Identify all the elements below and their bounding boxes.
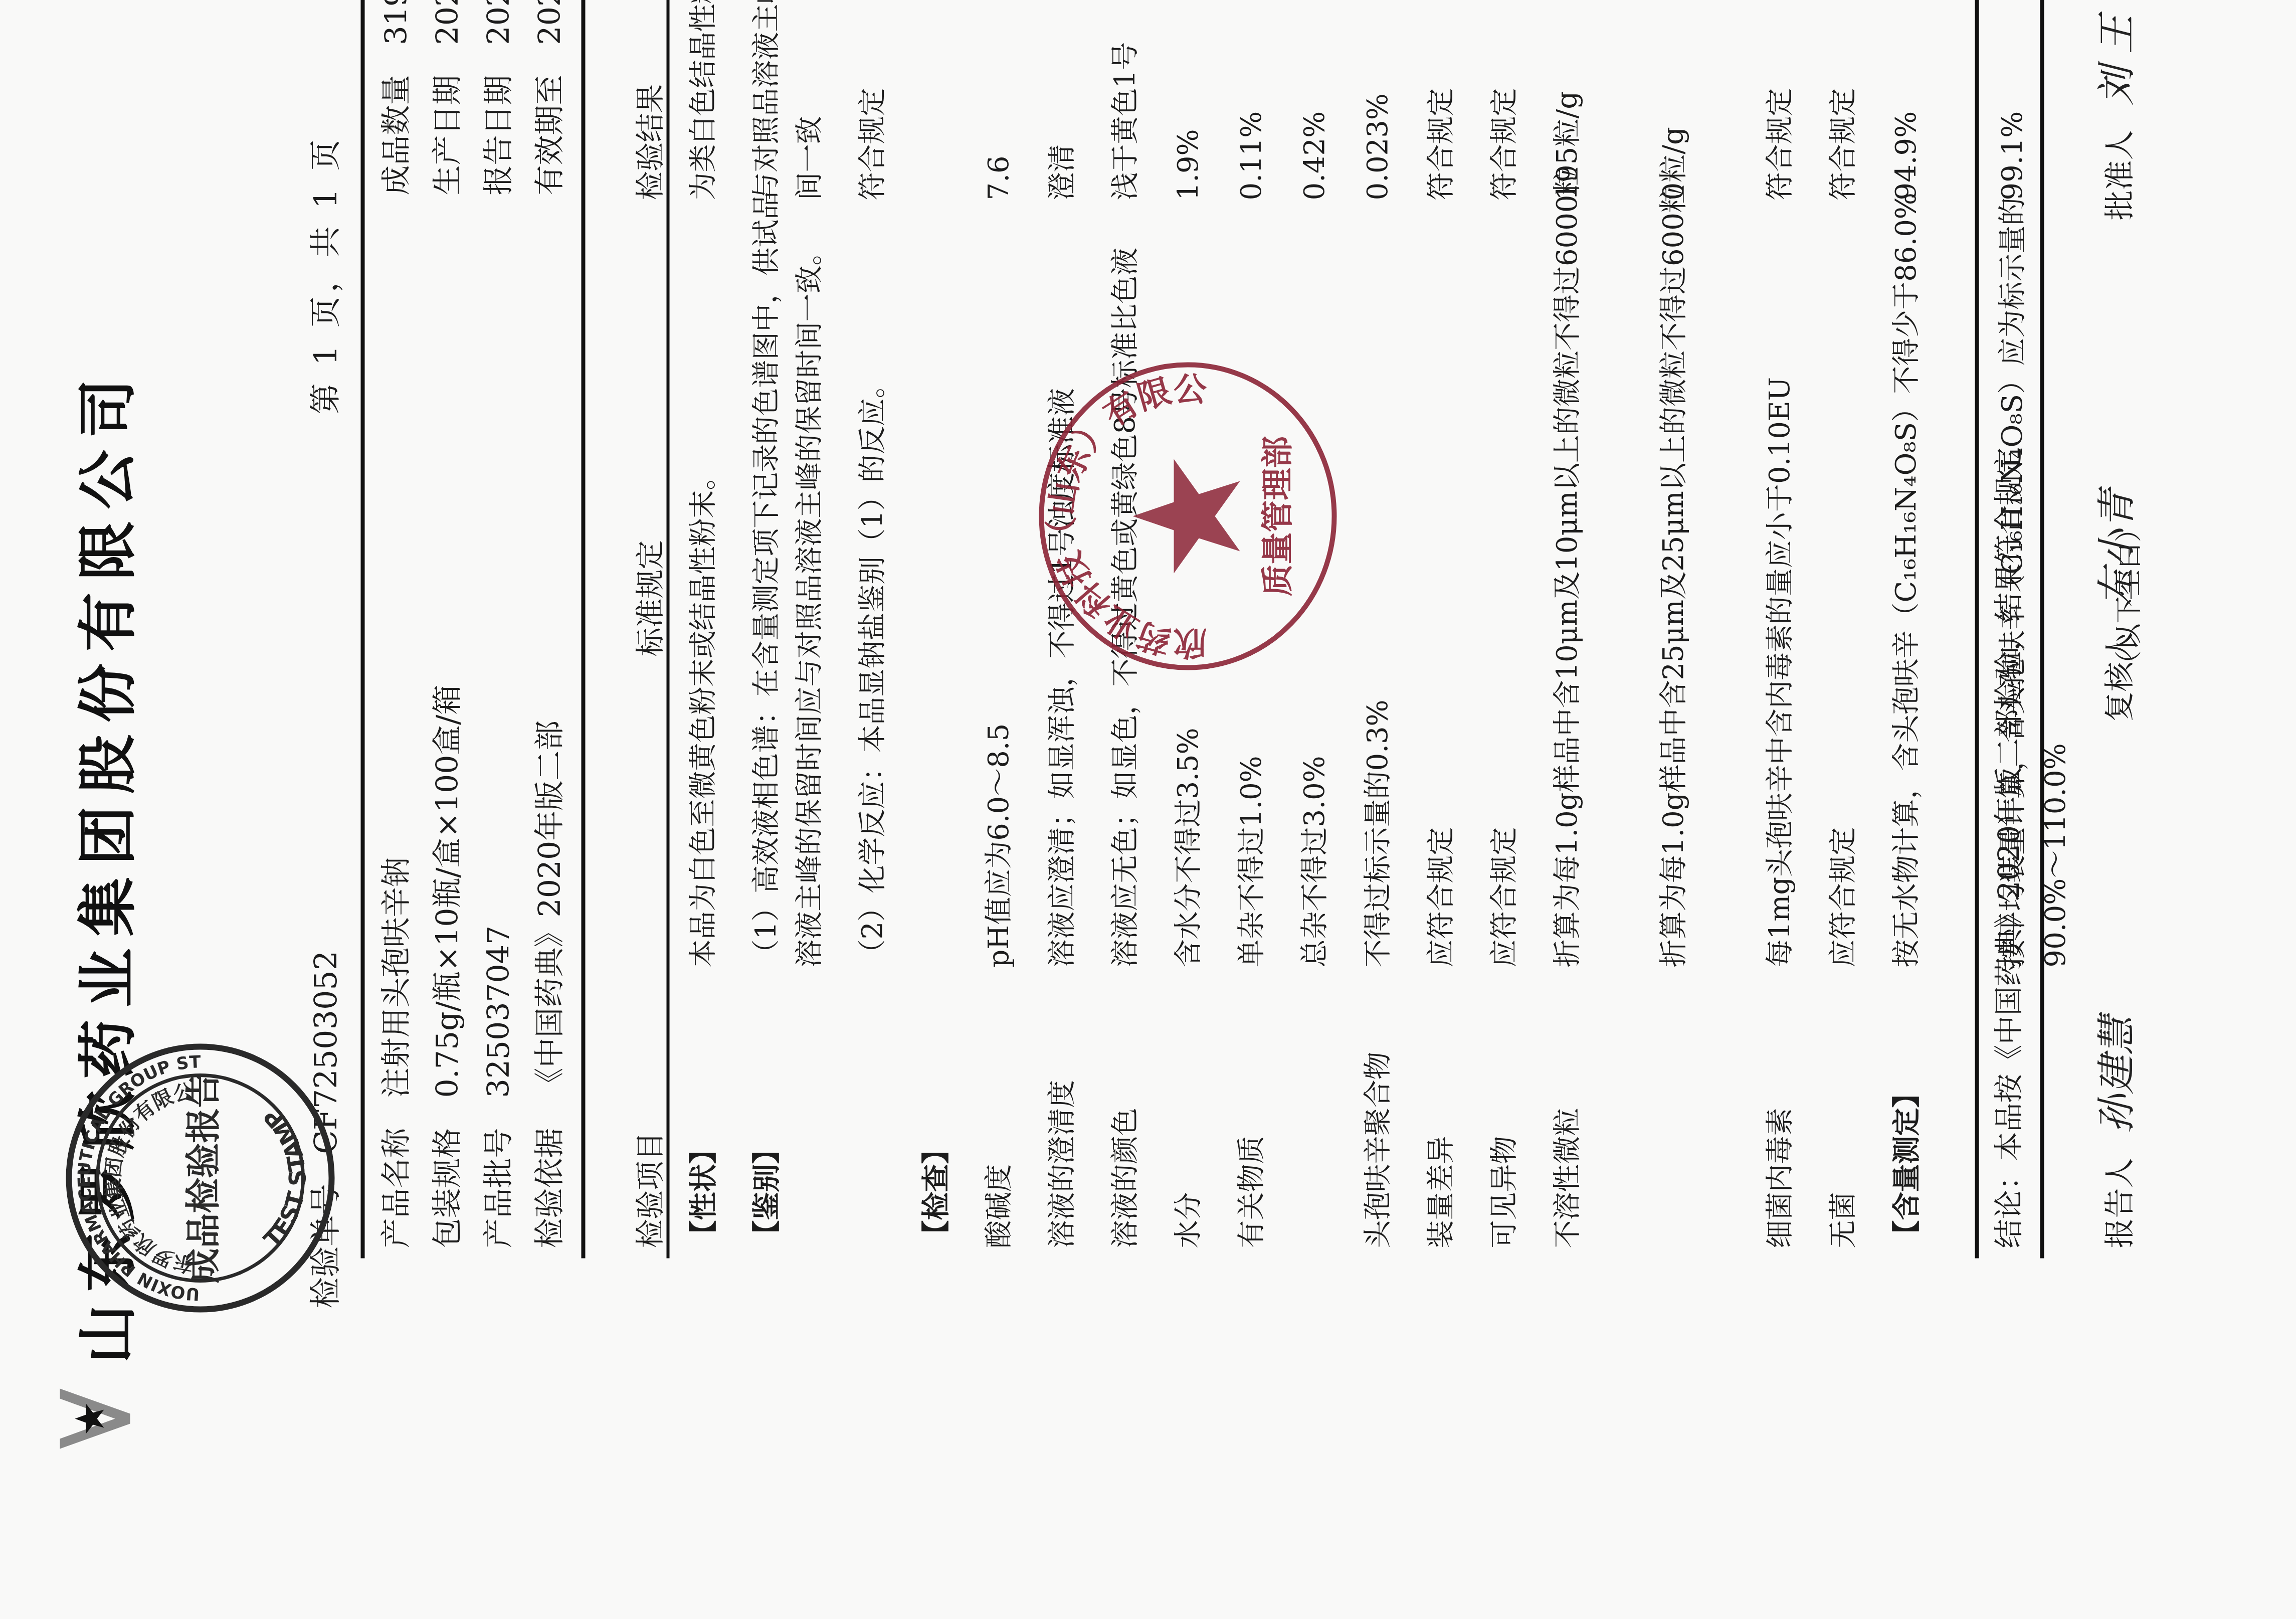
conclusion: 结论：本品按《中国药典》2020年版二部检验，结果符合规定 (1985, 447, 2027, 1248)
product-info-value: 325037047 (481, 926, 516, 1098)
product-info-row: 生产日期2025-03-25 (422, 0, 473, 196)
svg-text:TEST STAMP: TEST STAMP (258, 1103, 311, 1253)
test-result: 符合规定 (1822, 0, 1865, 201)
approver-sign: 刘 王 (2094, 15, 2140, 106)
test-standard: 折算为每1.0g样品中含25μm及25μm以上的微粒不得过600粒 (1652, 165, 1695, 968)
header-item: 检验项目 (627, 1132, 669, 1248)
product-info-label: 成品数量 (371, 45, 422, 196)
test-result: 符合规定 (851, 0, 894, 201)
test-result: 0.023% (1357, 0, 1400, 201)
table-row: 不溶性微粒折算为每1.0g样品中含10μm及10μm以上的微粒不得过6000粒1… (1546, 0, 1652, 1248)
test-item: 头孢呋辛聚合物 (1357, 968, 1400, 1248)
test-result: 1.9% (1167, 0, 1210, 201)
product-info-value: 2027-03-24 (532, 0, 567, 45)
signature-divider (2040, 0, 2044, 1258)
test-item: 装量差异 (1420, 968, 1463, 1248)
test-item: 有关物质 (1230, 968, 1273, 1248)
test-item: 可见异物 (1483, 968, 1526, 1248)
product-info-value: 2025-03-25 (430, 0, 465, 45)
header-divider (667, 0, 670, 1258)
table-row: 【性状】本品为白色至微黄色粉末或结晶性粉末。为类白色结晶性粉末 (682, 0, 745, 1248)
test-standard: （1）高效液相色谱：在含量测定项下记录的色谱图中，供试品溶液主峰的保留时间应与对… (745, 165, 831, 968)
info-divider (582, 0, 586, 1258)
table-row: 【检查】 (914, 0, 978, 1248)
table-row: 酸碱度pH值应为6.0～8.57.6 (978, 0, 1041, 1248)
product-info-value: 注射用头孢呋辛钠 (379, 857, 414, 1098)
test-item: 【性状】 (682, 968, 725, 1248)
test-item: 【含量测定】 (1885, 968, 1928, 1248)
top-divider (361, 0, 365, 1258)
product-info-row: 检验依据《中国药典》2020年版二部 (524, 684, 576, 1248)
test-item: 水分 (1167, 968, 1210, 1248)
table-row: 细菌内毒素每1mg头孢呋辛中含内毒素的量应小于0.10EU符合规定 (1759, 0, 1822, 1248)
test-item: 不溶性微粒 (1546, 968, 1589, 1248)
test-standard: 应符合规定 (1822, 165, 1865, 968)
test-result: 0.42% (1293, 0, 1336, 201)
test-standard: pH值应为6.0～8.5 (978, 165, 1021, 968)
test-result: 与对照品溶液主峰的保留时间一致 (745, 0, 831, 201)
test-item: 无菌 (1822, 968, 1865, 1248)
product-info-value: 319072支 (379, 0, 414, 45)
test-result: 为类白色结晶性粉末 (682, 0, 725, 201)
test-result: 99.1% (1991, 0, 2034, 201)
header-standard: 标准规定 (627, 540, 669, 656)
product-info-value: 0.75g/瓶×10瓶/盒×100盒/箱 (430, 684, 465, 1098)
test-result: 0粒/g (1652, 0, 1695, 201)
table-row: 可见异物应符合规定符合规定 (1483, 0, 1546, 1248)
test-item: 【检查】 (914, 968, 958, 1248)
product-info-value: 2025-04-10 (481, 0, 516, 45)
reviewer-sign: 左小青 (2094, 489, 2140, 607)
header-result: 检验结果 (627, 84, 669, 200)
reviewer-signature: 复核人 左小青 (2085, 489, 2142, 722)
test-standard: 本品为白色至微黄色粉末或结晶性粉末。 (682, 165, 725, 968)
test-result: 符合规定 (1483, 0, 1526, 201)
product-info-label: 生产日期 (422, 45, 473, 196)
test-standard: 按无水物计算，含头孢呋辛（C₁₆H₁₆N₄O₈S）不得少于86.0% (1885, 165, 1928, 968)
svg-text:质量管理部: 质量管理部 (1259, 436, 1296, 597)
test-table: 【性状】本品为白色至微黄色粉末或结晶性粉末。为类白色结晶性粉末【鉴别】（1）高效… (682, 0, 2146, 1248)
reporter-signature: 报告人 孙建慧 (2085, 1016, 2142, 1248)
table-row: 装量差异应符合规定符合规定 (1420, 0, 1483, 1248)
test-result: 符合规定 (1759, 0, 1802, 201)
product-info-left: 产品名称注射用头孢呋辛钠包装规格0.75g/瓶×10瓶/盒×100盒/箱产品批号… (371, 684, 576, 1248)
test-standard: 折算为每1.0g样品中含10μm及10μm以上的微粒不得过6000粒 (1546, 165, 1589, 968)
product-info-row: 成品数量319072支 (371, 0, 422, 196)
test-standard: 每1mg头孢呋辛中含内毒素的量应小于0.10EU (1759, 165, 1802, 968)
product-info-row: 报告日期2025-04-10 (473, 0, 524, 196)
product-info-label: 检验依据 (524, 1098, 576, 1248)
bottom-divider (1975, 0, 1979, 1258)
product-info-right: 成品数量319072支生产日期2025-03-25报告日期2025-04-10有… (371, 0, 576, 196)
table-row: 头孢呋辛聚合物不得过标示量的0.3%0.023% (1357, 0, 1420, 1248)
test-standard: 应符合规定 (1420, 165, 1463, 968)
test-report-page: 山东罗欣药业集团股份有限公司 检验单号 CF72503052 第 1 页，共 1… (0, 1, 2296, 1619)
test-item: 细菌内毒素 (1759, 968, 1802, 1248)
test-standard: 应符合规定 (1483, 165, 1526, 968)
quality-department-stamp-icon: 罗欣药业科技（山东）有限公司 质量管理部 (1033, 356, 1344, 677)
product-info-row: 产品名称注射用头孢呋辛钠 (371, 684, 422, 1248)
test-standard: 不得过标示量的0.3% (1357, 165, 1400, 968)
test-item: 溶液的颜色 (1104, 968, 1147, 1248)
product-info-label: 产品名称 (371, 1098, 422, 1248)
test-result: 澄清 (1041, 0, 1084, 201)
product-info-label: 包装规格 (422, 1098, 473, 1248)
product-info-row: 产品批号325037047 (473, 684, 524, 1248)
table-row: 无菌应符合规定符合规定 (1822, 0, 1885, 1248)
test-standard: （2）化学反应：本品显钠盐鉴别（1）的反应。 (851, 165, 894, 968)
table-row: （2）化学反应：本品显钠盐鉴别（1）的反应。符合规定 (851, 0, 914, 1248)
test-stamp-icon: SHANDONG LUOXIN PHARMACEUTICAL GROUP STO… (60, 1038, 341, 1319)
table-row: 【鉴别】（1）高效液相色谱：在含量测定项下记录的色谱图中，供试品溶液主峰的保留时… (745, 0, 851, 1248)
test-item: 酸碱度 (978, 968, 1021, 1248)
reporter-sign: 孙建慧 (2094, 1016, 2140, 1133)
test-result: 浅于黄色1号 (1104, 0, 1147, 201)
reporter-label: 报告人 (2102, 1158, 2138, 1248)
svg-text:成品检验报告: 成品检验报告 (183, 1073, 224, 1284)
scanned-page-canvas: 山东罗欣药业集团股份有限公司 检验单号 CF72503052 第 1 页，共 1… (0, 0, 2296, 1619)
approver-label: 批准人 (2102, 130, 2138, 221)
product-info-label: 产品批号 (473, 1098, 524, 1248)
reviewer-label: 复核人 (2102, 632, 2138, 722)
product-info-row: 有效期至2027-03-24 (524, 0, 576, 196)
test-result: 0.11% (1230, 0, 1273, 201)
table-row: 折算为每1.0g样品中含25μm及25μm以上的微粒不得过600粒0粒/g (1652, 0, 1759, 1248)
product-info-value: 《中国药典》2020年版二部 (532, 721, 567, 1098)
test-result: 195粒/g (1546, 0, 1589, 201)
company-logo-icon (55, 1369, 135, 1469)
product-info-row: 包装规格0.75g/瓶×10瓶/盒×100盒/箱 (422, 684, 473, 1248)
test-result: 符合规定 (1420, 0, 1463, 201)
test-item: 溶液的澄清度 (1041, 968, 1084, 1248)
product-info-label: 报告日期 (473, 45, 524, 196)
test-item: 【鉴别】 (745, 968, 788, 1248)
product-info-label: 有效期至 (524, 45, 576, 196)
approver-signature: 批准人 刘 王 (2085, 15, 2142, 221)
test-result: 94.9% (1885, 0, 1928, 201)
page-indicator: 第 1 页，共 1 页 (301, 136, 345, 415)
test-result: 7.6 (978, 0, 1021, 201)
